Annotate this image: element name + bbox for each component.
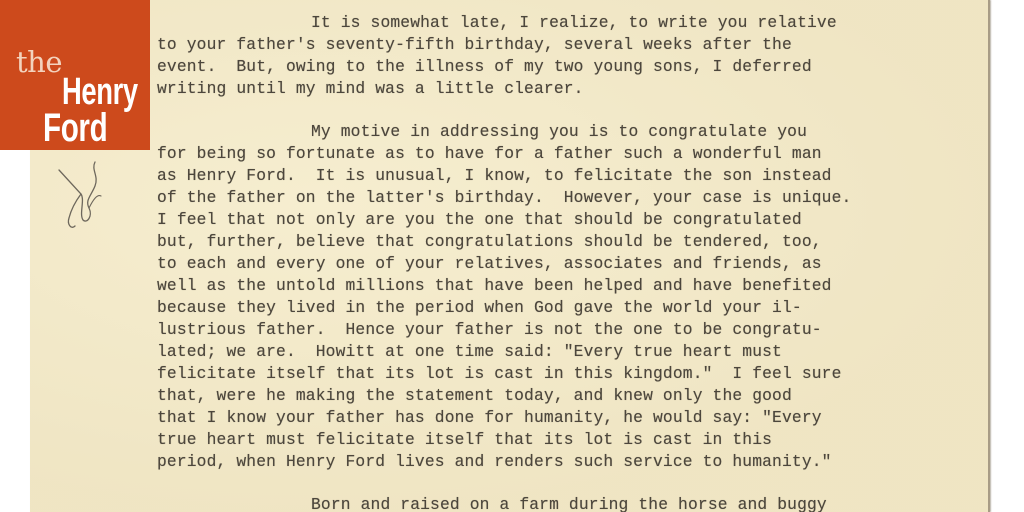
text-line: I feel that not only are you the one tha… <box>157 209 977 231</box>
text-line: as Henry Ford. It is unusual, I know, to… <box>157 165 977 187</box>
logo-word-ford: Ford <box>43 106 107 151</box>
text-line: for being so fortunate as to have for a … <box>157 143 977 165</box>
text-line: that I know your father has done for hum… <box>157 407 977 429</box>
text-line: lated; we are. Howitt at one time said: … <box>157 341 977 363</box>
paragraph-gap <box>157 473 977 494</box>
text-line: felicitate itself that its lot is cast i… <box>157 363 977 385</box>
text-line: to each and every one of your relatives,… <box>157 253 977 275</box>
paragraph-3: Born and raised on a farm during the hor… <box>157 494 977 512</box>
the-henry-ford-logo[interactable]: the Henry Ford <box>0 0 150 150</box>
text-line: event. But, owing to the illness of my t… <box>157 56 977 78</box>
text-line: to your father's seventy-fifth birthday,… <box>157 34 977 56</box>
text-line: Born and raised on a farm during the hor… <box>157 494 977 512</box>
text-line: well as the untold millions that have be… <box>157 275 977 297</box>
text-line: that, were he making the statement today… <box>157 385 977 407</box>
text-line: period, when Henry Ford lives and render… <box>157 451 977 473</box>
paragraph-gap <box>157 100 977 121</box>
text-line: of the father on the latter's birthday. … <box>157 187 977 209</box>
paragraph-1: It is somewhat late, I realize, to write… <box>157 12 977 100</box>
text-line: writing until my mind was a little clear… <box>157 78 977 100</box>
handwritten-initials-icon <box>55 150 115 250</box>
paragraph-2: My motive in addressing you is to congra… <box>157 121 977 473</box>
text-line: lustrious father. Hence your father is n… <box>157 319 977 341</box>
text-line: It is somewhat late, I realize, to write… <box>157 12 977 34</box>
logo-word-the: the <box>16 45 62 79</box>
text-line: because they lived in the period when Go… <box>157 297 977 319</box>
text-line: true heart must felicitate itself that i… <box>157 429 977 451</box>
text-line: but, further, believe that congratulatio… <box>157 231 977 253</box>
letter-body: It is somewhat late, I realize, to write… <box>157 12 977 512</box>
text-line: My motive in addressing you is to congra… <box>157 121 977 143</box>
